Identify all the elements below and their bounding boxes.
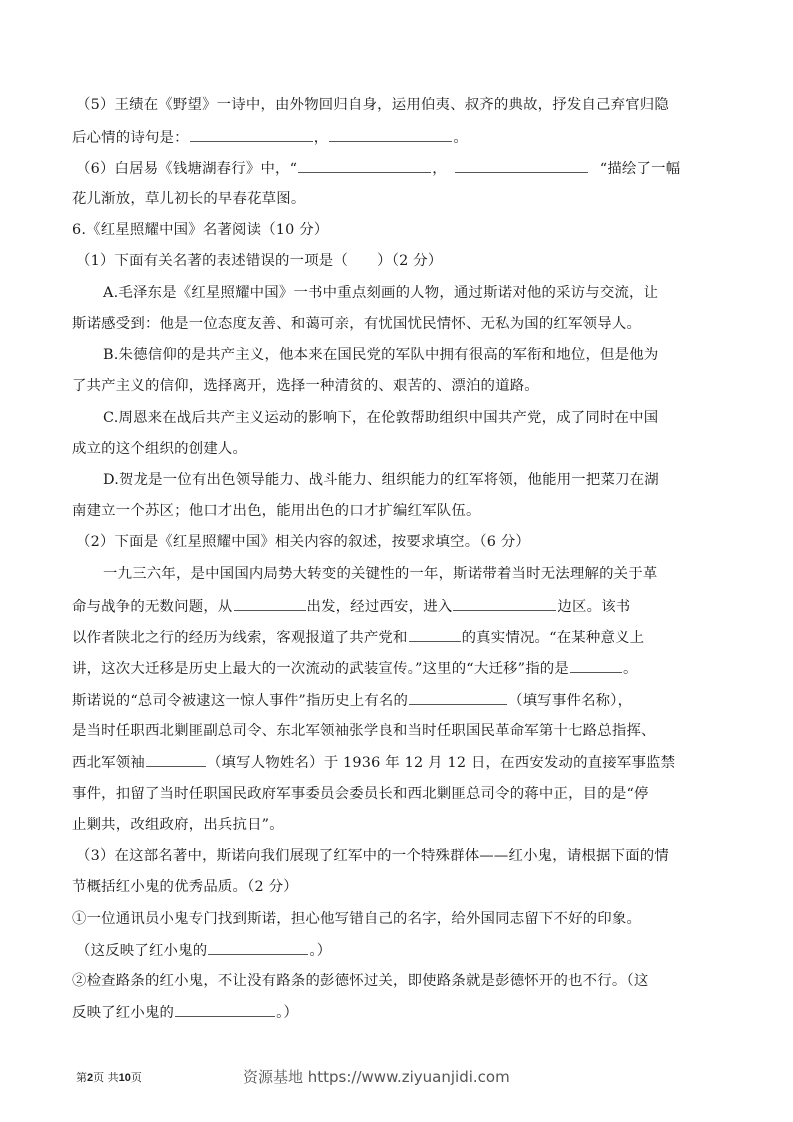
sub2-para-line9: 止剿共，改组政府，出兵抗日”。 xyxy=(72,815,284,835)
option-c-line2: 成立的这个组织的创建人。 xyxy=(72,439,247,459)
document-page: （5）王绩在《野望》一诗中，由外物回归自身，运用伯夷、叔齐的典故，抒发自己弃官归… xyxy=(0,0,793,1122)
sub3-prompt-line1: （3）在这部名著中，斯诺向我们展现了红军中的一个特殊群体——红小鬼，请根据下面的… xyxy=(76,846,669,866)
answer-blank[interactable] xyxy=(570,658,622,673)
sub2-para-line3: 以作者陕北之行的经历为线索，客观报道了共产党和的真实情况。“在某种意义上 xyxy=(72,627,644,648)
sub3-item2-line1: ②检查路条的红小鬼，不让没有路条的彭德怀过关，即使路条就是彭德怀开的也不行。（这 xyxy=(72,971,648,991)
option-b-line1: B.朱德信仰的是共产主义，他本来在国民党的军队中拥有很高的军衔和地位，但是他为 xyxy=(103,345,658,365)
answer-blank[interactable] xyxy=(329,127,452,142)
sub2-para-line2: 命与战争的无数问题，从出发，经过西安，进入边区。该书 xyxy=(72,596,630,617)
sub3-item2-line2: 反映了红小鬼的。） xyxy=(72,1002,298,1023)
answer-blank[interactable] xyxy=(190,127,313,142)
q6-line1: （6）白居易《钱塘湖春行》中，“，“描绘了一幅 xyxy=(76,158,680,179)
page-number: 第2页 共10页 xyxy=(76,1069,142,1085)
answer-blank[interactable] xyxy=(298,158,431,173)
sub2-para-line7: 西北军领袖（填写人物姓名）于 1936 年 12 月 12 日，在西安发动的直接… xyxy=(72,752,675,773)
option-a-line2: 斯诺感受到：他是一位态度友善、和蔼可亲，有忧国忧民情怀、无私为国的红军领导人。 xyxy=(72,314,641,334)
answer-blank[interactable] xyxy=(409,690,507,705)
q6-line2: 花儿渐放，草儿初长的早春花草图。 xyxy=(72,189,305,209)
answer-blank[interactable] xyxy=(409,627,461,642)
sub3-item1-line1: ①一位通讯员小鬼专门找到斯诺，担心他写错自己的名字，给外国同志留下不好的印象。 xyxy=(72,909,641,929)
answer-blank[interactable] xyxy=(208,940,308,955)
answer-blank[interactable] xyxy=(455,158,588,173)
q5-line1: （5）王绩在《野望》一诗中，由外物回归自身，运用伯夷、叔齐的典故，抒发自己弃官归… xyxy=(76,95,669,115)
watermark-link[interactable]: 资源基地 https://www.ziyuanjidi.com xyxy=(243,1066,510,1087)
option-a-line1: A.毛泽东是《红星照耀中国》一书中重点刻画的人物，通过斯诺对他的采访与交流，让 xyxy=(103,283,658,303)
q5-line2: 后心情的诗句是：，。 xyxy=(72,127,468,148)
answer-blank[interactable] xyxy=(453,596,556,611)
sub3-item1-line2: （这反映了红小鬼的。） xyxy=(76,940,331,961)
option-d-line2: 南建立一个苏区；他口才出色，能用出色的口才扩编红军队伍。 xyxy=(72,501,481,521)
sub1-prompt: （1）下面有关名著的表述错误的一项是（ ）（2 分） xyxy=(76,251,442,271)
answer-blank[interactable] xyxy=(146,752,206,767)
sub2-prompt: （2）下面是《红星照耀中国》相关内容的叙述，按要求填空。（6 分） xyxy=(76,532,530,552)
sub2-para-line5: 斯诺说的“总司令被逮这一惊人事件”指历史上有名的（填写事件名称）， xyxy=(72,690,632,711)
sub3-prompt-line2: 节概括红小鬼的优秀品质。（2 分） xyxy=(72,877,298,897)
answer-blank[interactable] xyxy=(175,1002,275,1017)
sub2-para-line8: 事件，扣留了当时任职国民政府军事委员会委员长和西北剿匪总司令的蒋中正，目的是“停 xyxy=(72,784,649,804)
option-b-line2: 了共产主义的信仰，选择离开，选择一种清贫的、艰苦的、漂泊的道路。 xyxy=(72,376,539,396)
sub2-para-line6: 是当时任职西北剿匪副总司令、东北军领袖张学良和当时任职国民革命军第十七路总指挥、 xyxy=(72,721,656,741)
sub2-para-line4: 讲，这次大迁移是历史上最大的一次流动的武装宣传。”这里的“大迁移”指的是。 xyxy=(72,658,638,679)
option-d-line1: D.贺龙是一位有出色领导能力、战斗能力、组织能力的红军将领，他能用一把菜刀在湖 xyxy=(103,470,659,490)
option-c-line1: C.周恩来在战后共产主义运动的影响下，在伦敦帮助组织中国共产党，成了同时在中国 xyxy=(103,408,658,428)
section6-title: 6.《红星照耀中国》名著阅读（10 分） xyxy=(72,220,328,240)
answer-blank[interactable] xyxy=(234,596,306,611)
sub2-para-line1: 一九三六年，是中国国内局势大转变的关键性的一年，斯诺带着当时无法理解的关于革 xyxy=(103,564,657,584)
